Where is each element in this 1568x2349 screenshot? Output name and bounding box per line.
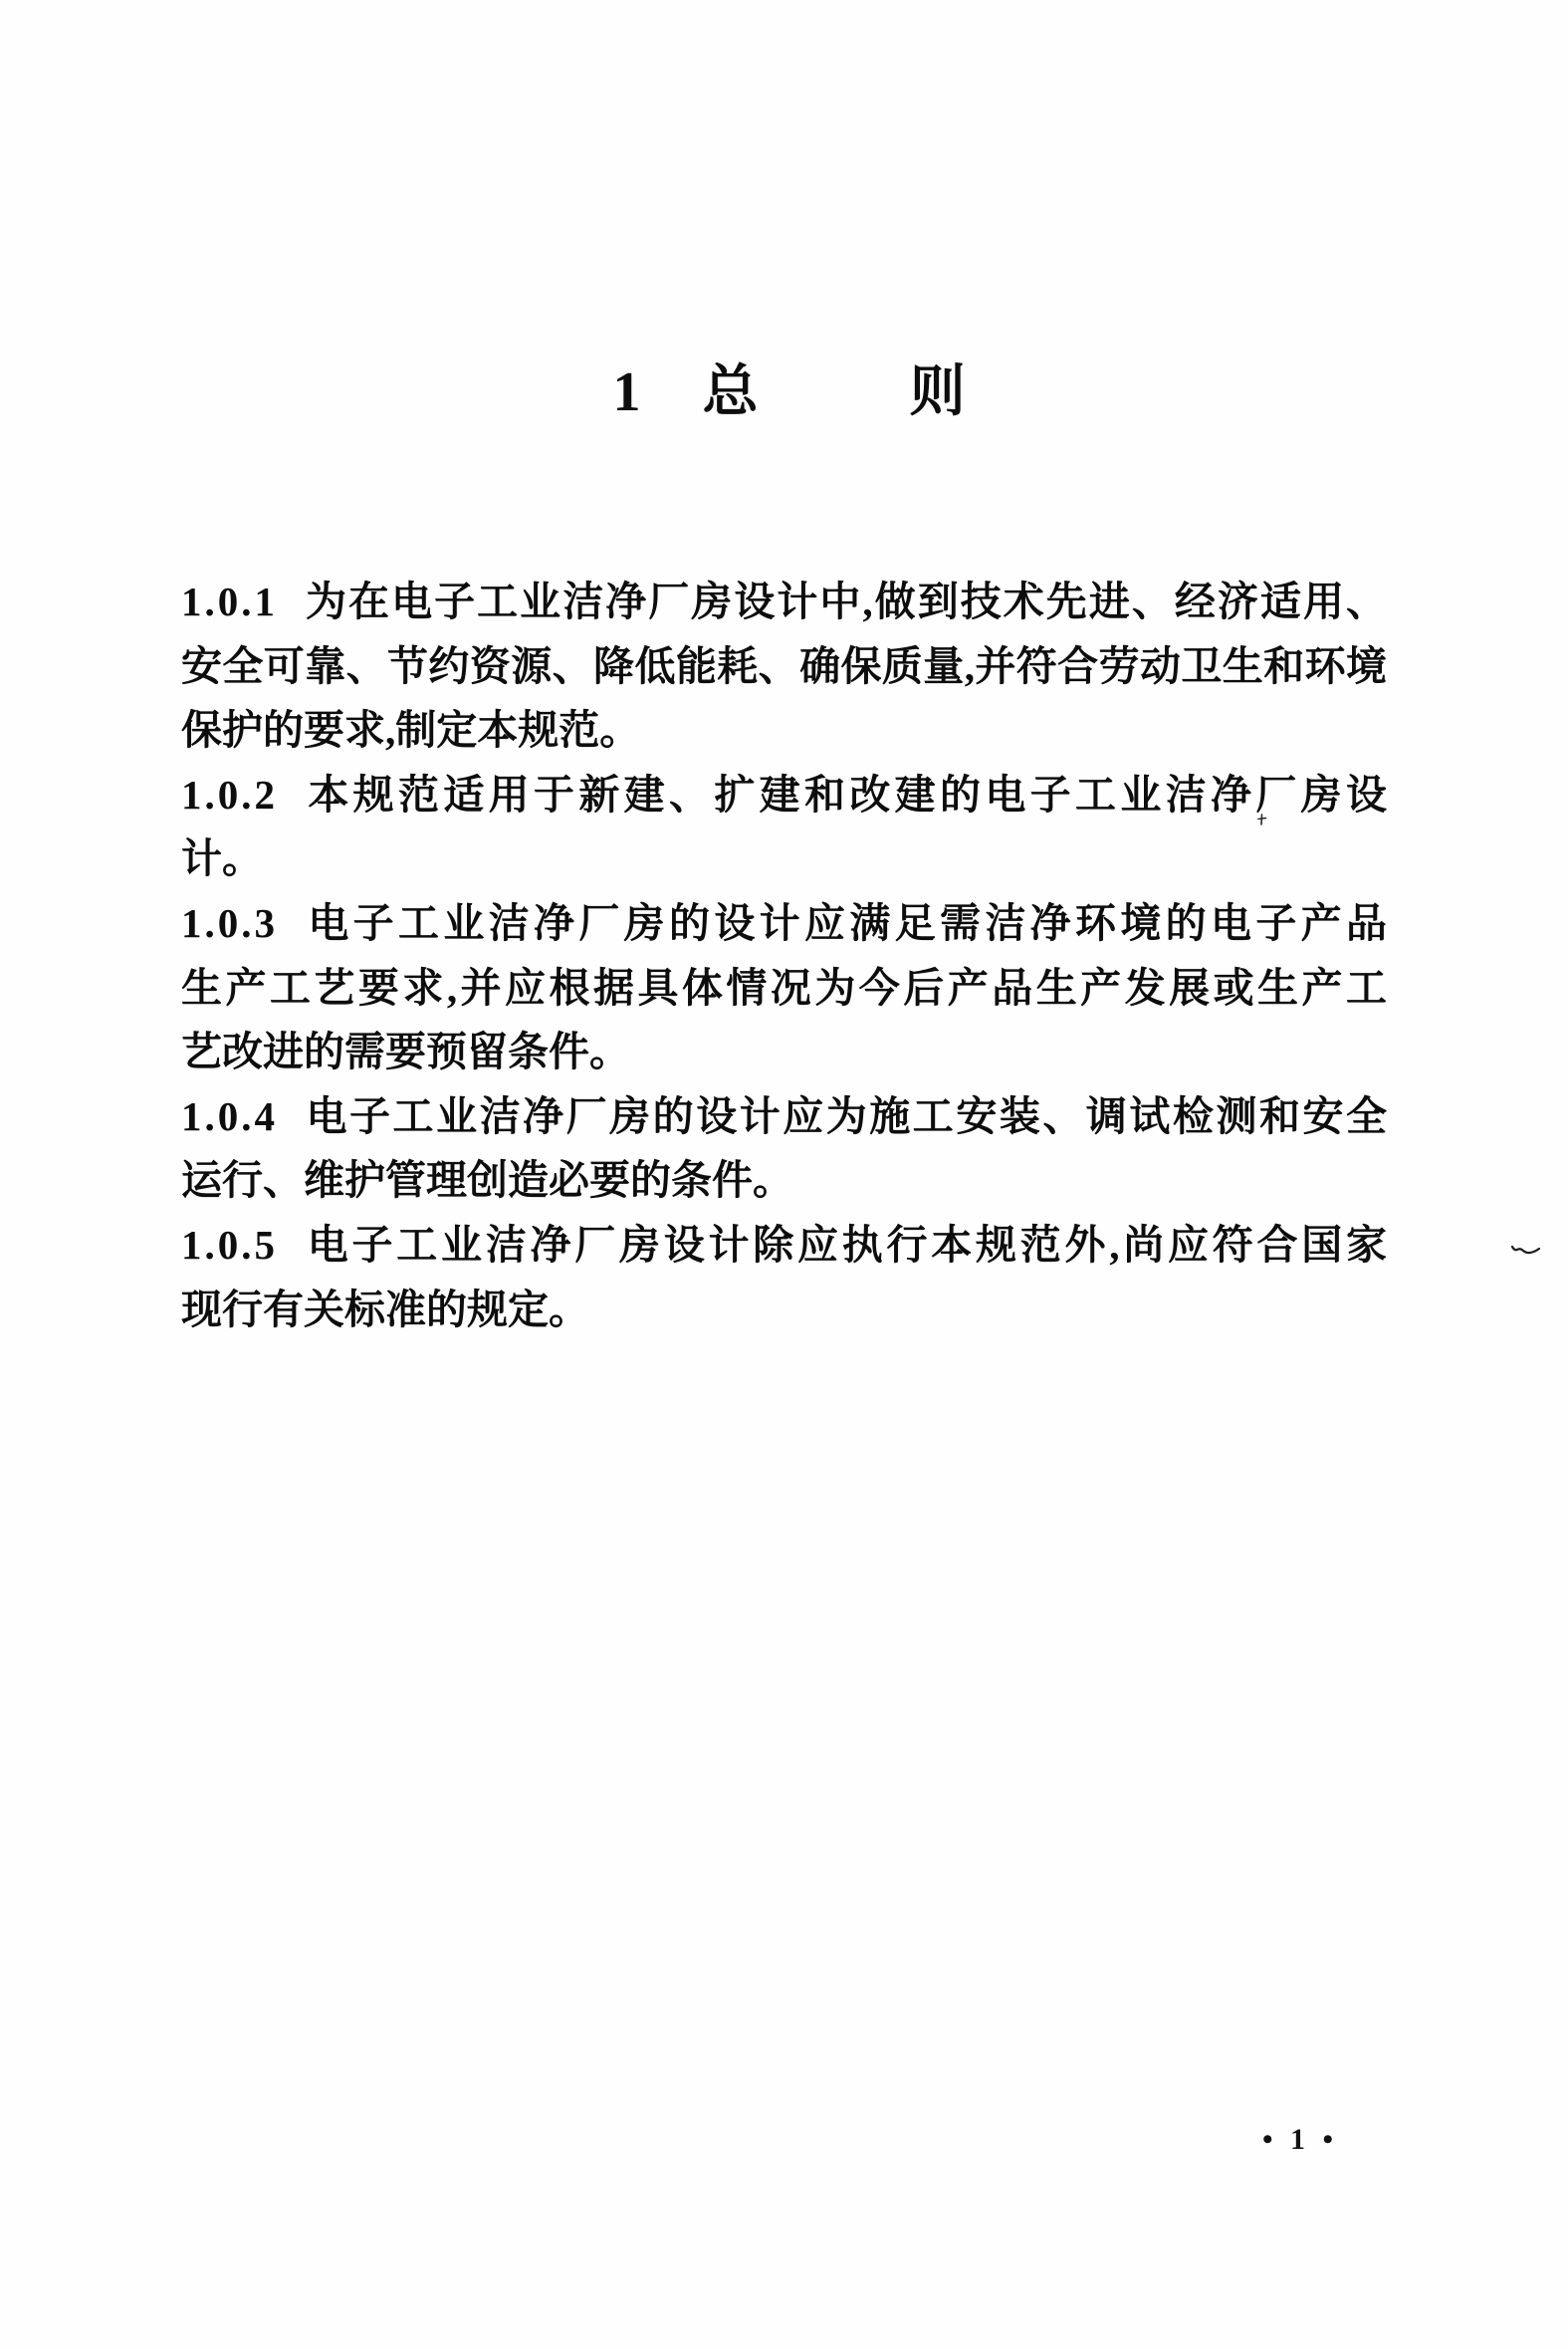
clause-number: 1.0.3 (181, 900, 278, 946)
clause-number: 1.0.1 (181, 579, 278, 624)
document-page: 1 总 则 1.0.1为在电子工业洁净厂房设计中,做到技术先进、经济适用、安全可… (0, 0, 1568, 2349)
text-line: 1.0.3电子工业洁净厂房的设计应满足需洁净环境的电子产品 (181, 891, 1387, 956)
clause-number: 1.0.4 (181, 1093, 278, 1139)
text-line: 计。 (181, 826, 1387, 891)
text-line: 1.0.2本规范适用于新建、扩建和改建的电子工业洁净厂房设 (181, 763, 1387, 827)
text-line: 生产工艺要求,并应根据具体情况为今后产品生产发展或生产工 (181, 956, 1387, 1021)
text-line: 艺改进的需要预留条件。 (181, 1020, 1387, 1084)
clause-text: 艺改进的需要预留条件。 (181, 1029, 630, 1074)
clause-text: 计。 (181, 835, 263, 881)
chapter-number: 1 (613, 360, 641, 424)
clause-text: 现行有关标准的规定。 (181, 1287, 589, 1332)
clause-text: 安全可靠、节约资源、降低能耗、确保质量,并符合劳动卫生和环境 (181, 643, 1387, 689)
scan-artifact-speck (1257, 814, 1267, 826)
clause-number: 1.0.2 (181, 772, 278, 818)
text-line: 现行有关标准的规定。 (181, 1278, 1387, 1342)
text-line: 1.0.1为在电子工业洁净厂房设计中,做到技术先进、经济适用、 (181, 570, 1387, 634)
chapter-title-char-1: 总 (703, 360, 759, 424)
clause-text: 本规范适用于新建、扩建和改建的电子工业洁净厂房设 (304, 772, 1387, 818)
clause-number: 1.0.5 (181, 1222, 278, 1268)
clause-text: 保护的要求,制定本规范。 (181, 707, 640, 753)
clause-text: 运行、维护管理创造必要的条件。 (181, 1157, 793, 1203)
text-line: 1.0.4电子工业洁净厂房的设计应为施工安装、调试检测和安全 (181, 1084, 1387, 1149)
chapter-title: 1 总 则 (0, 360, 1568, 424)
clause-text: 为在电子工业洁净厂房设计中,做到技术先进、经济适用、 (304, 579, 1387, 624)
chapter-title-char-2: 则 (910, 360, 966, 424)
text-line: 运行、维护管理创造必要的条件。 (181, 1148, 1387, 1213)
text-line: 1.0.5电子工业洁净厂房设计除应执行本规范外,尚应符合国家 (181, 1213, 1387, 1278)
clause-text: 电子工业洁净厂房设计除应执行本规范外,尚应符合国家 (304, 1222, 1387, 1268)
text-line: 保护的要求,制定本规范。 (181, 698, 1387, 763)
body-text: 1.0.1为在电子工业洁净厂房设计中,做到技术先进、经济适用、安全可靠、节约资源… (181, 570, 1387, 1341)
page-number: • 1 • (1262, 2123, 1333, 2157)
clause-text: 电子工业洁净厂房的设计应满足需洁净环境的电子产品 (304, 900, 1387, 946)
clause-text: 生产工艺要求,并应根据具体情况为今后产品生产发展或生产工 (181, 965, 1387, 1011)
text-line: 安全可靠、节约资源、降低能耗、确保质量,并符合劳动卫生和环境 (181, 634, 1387, 699)
clause-text: 电子工业洁净厂房的设计应为施工安装、调试检测和安全 (304, 1093, 1387, 1139)
scan-artifact-squiggle (1510, 1242, 1542, 1258)
